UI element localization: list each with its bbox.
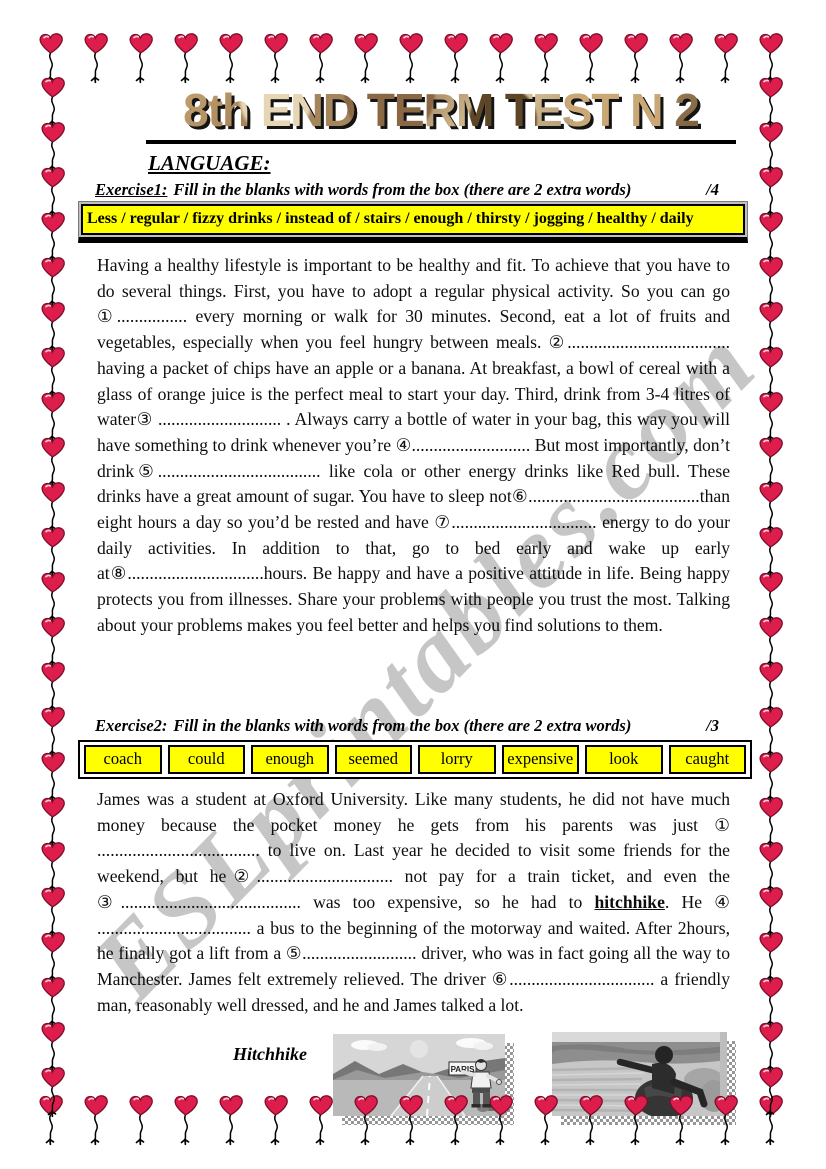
page-title: 8th END TERM TEST N 2: [183, 84, 699, 136]
heart-balloon-icon: [38, 121, 68, 173]
heart-balloon-icon: [351, 32, 381, 84]
heart-balloon-icon: [38, 751, 68, 803]
heart-balloon-icon: [38, 616, 68, 668]
exercise2-label: Exercise2:: [95, 716, 167, 736]
exercise2-heading: Exercise2: Fill in the blanks with words…: [95, 716, 733, 736]
section-label: LANGUAGE:: [148, 151, 271, 176]
heart-balloon-icon: [171, 1094, 201, 1146]
heart-balloon-icon: [126, 32, 156, 84]
heart-balloon-icon: [756, 166, 786, 218]
exercise2-points: /3: [706, 716, 719, 736]
heart-balloon-icon: [261, 1094, 291, 1146]
heart-balloon-icon: [38, 526, 68, 578]
exercise1-word-box: Less / regular / fizzy drinks / instead …: [78, 201, 748, 243]
heart-balloon-icon: [756, 481, 786, 533]
exercise1-instruction: Fill in the blanks with words from the b…: [173, 180, 631, 200]
title-block: 8th END TERM TEST N 2: [146, 84, 736, 144]
word-table-row: coachcouldenoughseemedlorryexpensivelook…: [84, 745, 746, 774]
heart-balloon-icon: [756, 661, 786, 713]
word-cell-enough: enough: [251, 745, 329, 774]
heart-balloon-icon: [81, 1094, 111, 1146]
heart-balloon-icon: [756, 256, 786, 308]
photo-hitchhiker-scene: [552, 1032, 727, 1116]
heart-balloon-icon: [81, 32, 111, 84]
heart-balloon-icon: [756, 301, 786, 353]
heart-balloon-icon: [756, 1094, 786, 1146]
image-caption: Hitchhike: [233, 1044, 307, 1065]
hitchhike-photo-image: [552, 1032, 727, 1116]
heart-balloon-icon: [576, 32, 606, 84]
hitchhike-cartoon-image: PARIS: [333, 1034, 505, 1116]
heart-balloon-icon: [531, 32, 561, 84]
heart-balloon-icon: [38, 481, 68, 533]
heart-balloon-icon: [756, 211, 786, 263]
heart-balloon-icon: [126, 1094, 156, 1146]
heart-balloon-icon: [38, 886, 68, 938]
heart-balloon-icon: [38, 796, 68, 848]
heart-balloon-icon: [38, 841, 68, 893]
heart-balloon-icon: [396, 32, 426, 84]
heart-balloon-icon: [306, 1094, 336, 1146]
heart-balloon-icon: [756, 1021, 786, 1073]
heart-balloon-icon: [756, 526, 786, 578]
heart-balloon-icon: [216, 32, 246, 84]
heart-balloon-icon: [216, 1094, 246, 1146]
heart-balloon-icon: [306, 32, 336, 84]
heart-balloon-icon: [171, 32, 201, 84]
heart-balloon-icon: [38, 931, 68, 983]
heart-balloon-icon: [38, 976, 68, 1028]
heart-balloon-icon: [38, 706, 68, 758]
heart-balloon-icon: [38, 436, 68, 488]
exercise1-paragraph: Having a healthy lifestyle is important …: [97, 253, 730, 639]
heart-balloon-icon: [38, 301, 68, 353]
heart-balloon-icon: [756, 706, 786, 758]
heart-balloon-icon: [756, 571, 786, 623]
exercise1-label: Exercise1:: [95, 180, 167, 200]
heart-balloon-icon: [38, 346, 68, 398]
exercise1-points: /4: [706, 180, 719, 200]
heart-balloon-icon: [38, 391, 68, 443]
exercise2-paragraph: James was a student at Oxford University…: [97, 787, 730, 1018]
cartoon-road-scene: PARIS: [333, 1034, 505, 1116]
heart-balloon-icon: [486, 32, 516, 84]
heart-balloon-icon: [38, 1021, 68, 1073]
heart-balloon-icon: [756, 1066, 786, 1118]
heart-balloon-icon: [666, 32, 696, 84]
word-cell-caught: caught: [669, 745, 747, 774]
heart-balloon-icon: [621, 32, 651, 84]
heart-balloon-icon: [38, 571, 68, 623]
heart-balloon-icon: [441, 32, 471, 84]
worksheet-page: { "watermark": "ESLprintables.com", "tit…: [0, 0, 826, 1169]
word-cell-could: could: [168, 745, 246, 774]
heart-balloon-icon: [756, 121, 786, 173]
heart-balloon-icon: [756, 931, 786, 983]
word-cell-coach: coach: [84, 745, 162, 774]
heart-balloon-icon: [756, 616, 786, 668]
heart-balloon-icon: [756, 886, 786, 938]
heart-balloon-icon: [756, 76, 786, 128]
heart-balloon-icon: [756, 841, 786, 893]
word-cell-look: look: [585, 745, 663, 774]
heart-balloon-icon: [36, 32, 66, 84]
heart-balloon-icon: [756, 436, 786, 488]
hitchhike-keyword: hitchhike: [595, 892, 665, 912]
heart-balloon-icon: [38, 76, 68, 128]
heart-balloon-icon: [38, 166, 68, 218]
heart-balloon-icon: [756, 976, 786, 1028]
heart-balloon-icon: [261, 32, 291, 84]
heart-balloon-icon: [711, 32, 741, 84]
heart-balloon-icon: [38, 1066, 68, 1118]
exercise1-heading: Exercise1: Fill in the blanks with words…: [95, 180, 733, 200]
exercise2-word-table: coachcouldenoughseemedlorryexpensivelook…: [78, 740, 752, 779]
word-cell-lorry: lorry: [418, 745, 496, 774]
heart-balloon-icon: [38, 211, 68, 263]
heart-balloon-icon: [756, 751, 786, 803]
exercise2-instruction: Fill in the blanks with words from the b…: [173, 716, 631, 736]
word-cell-expensive: expensive: [502, 745, 580, 774]
word-cell-seemed: seemed: [335, 745, 413, 774]
heart-balloon-icon: [38, 661, 68, 713]
heart-balloon-icon: [756, 796, 786, 848]
heart-balloon-icon: [36, 1094, 66, 1146]
heart-balloon-icon: [756, 32, 786, 84]
exercise1-word-box-text: Less / regular / fizzy drinks / instead …: [81, 204, 745, 235]
heart-balloon-icon: [38, 256, 68, 308]
